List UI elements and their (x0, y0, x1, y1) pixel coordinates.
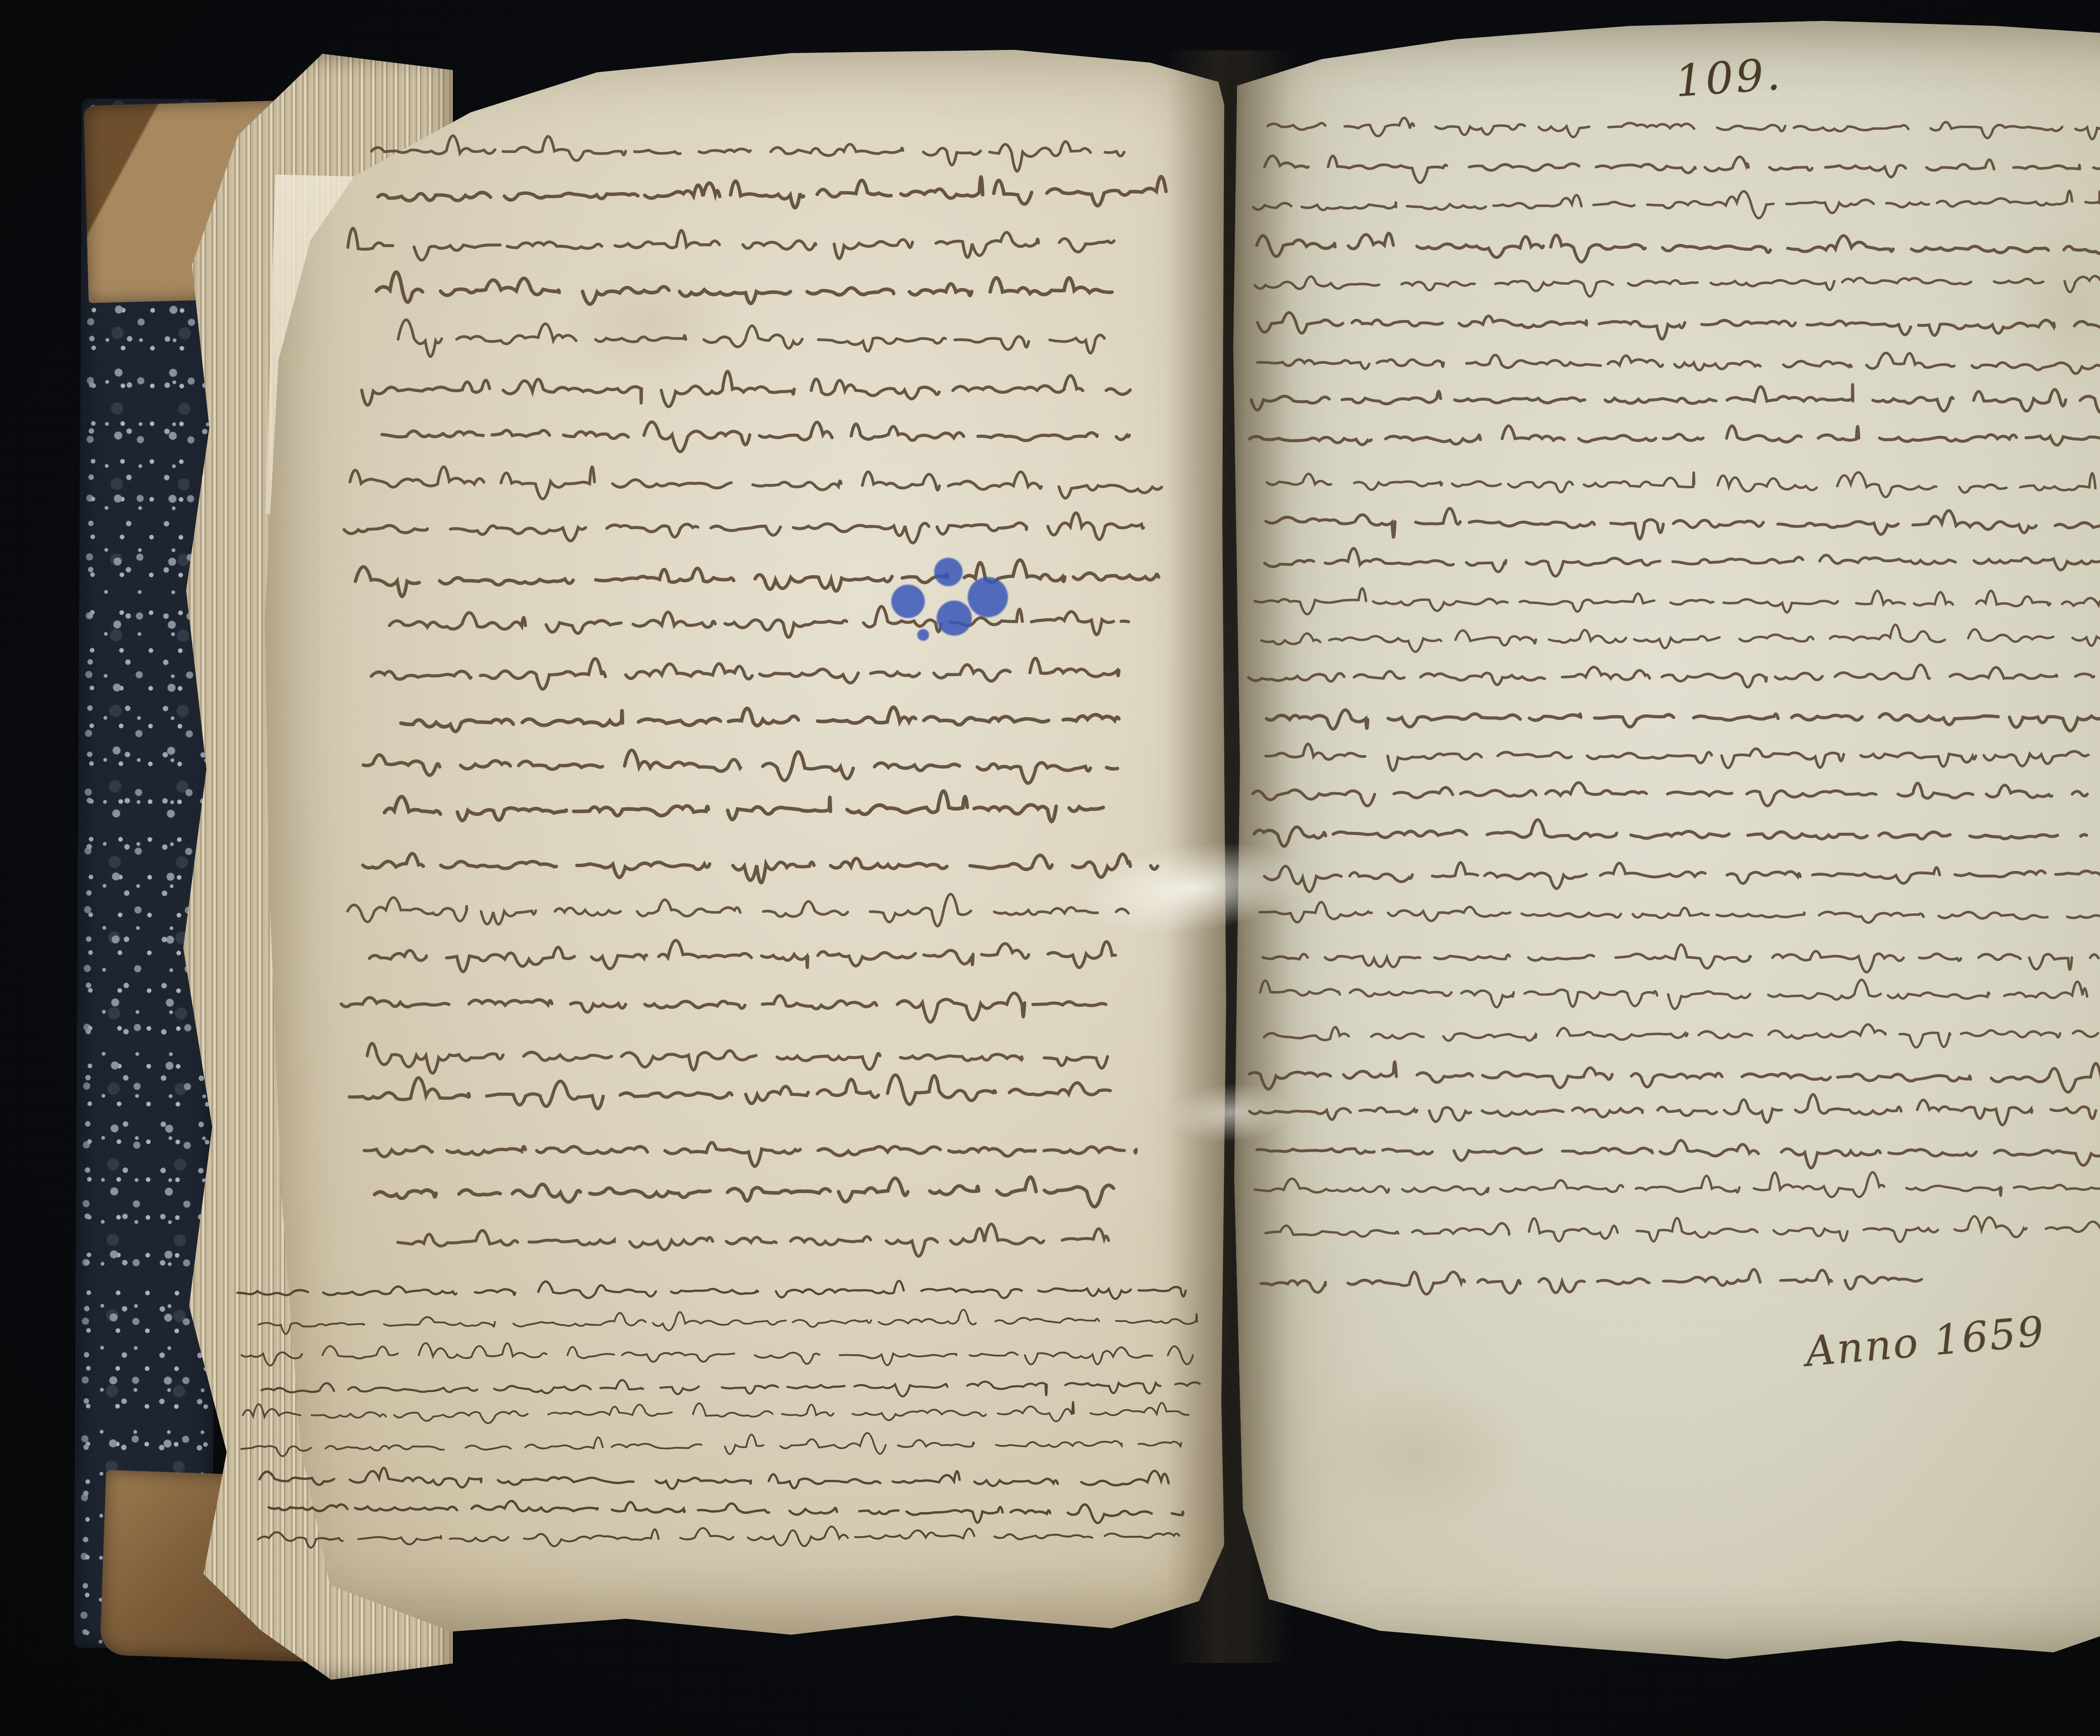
blue-ink-dot (968, 577, 1008, 617)
paper-stain (1310, 1377, 1529, 1529)
blue-ink-dot (891, 585, 925, 618)
paper-stain (563, 260, 739, 386)
blue-ink-dot (934, 558, 963, 586)
page-number: 109. (1674, 44, 1855, 127)
blue-ink-dot (917, 629, 929, 641)
gutter-crease-highlight-small (1165, 1079, 1295, 1147)
blue-ink-dot (937, 601, 972, 636)
manuscript-photograph: 109. Anno 1659 (0, 0, 2100, 1736)
left-page (257, 40, 1228, 1641)
